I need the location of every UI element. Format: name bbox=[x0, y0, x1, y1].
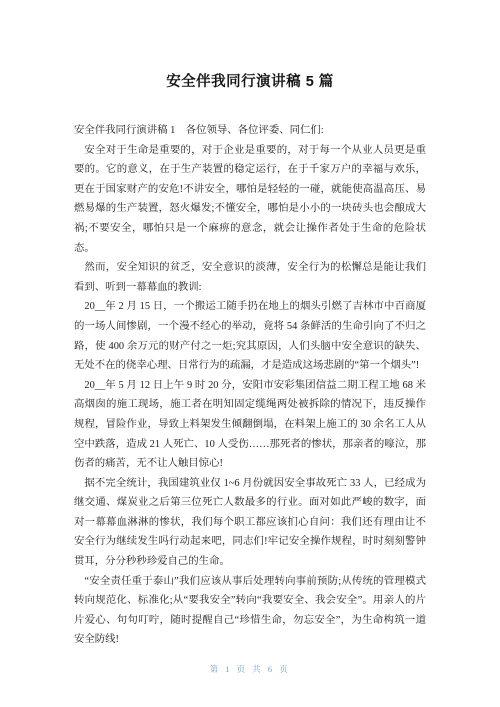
paragraph: 然而，安全知识的贫乏，安全意识的淡薄，安全行为的松懈总是能让我们看到、听到一幕幕… bbox=[74, 258, 426, 297]
paragraph: 20__年 2 月 15 日，一个搬运工随手扔在地上的烟头引燃了吉林市中百商厦的… bbox=[74, 297, 426, 375]
document-body: 安全伴我同行演讲稿 1 各位领导、各位评委、同仁们: 安全对于生命是重要的，对于… bbox=[74, 121, 426, 650]
document-page: 安全伴我同行演讲稿 5 篇 安全伴我同行演讲稿 1 各位领导、各位评委、同仁们:… bbox=[0, 0, 500, 707]
paragraph: 据不完全统计，我国建筑业仅 1~6 月份就因安全事故死亡 33 人，已经成为继交… bbox=[74, 474, 426, 572]
paragraph: “安全责任重于泰山”我们应该从事后处理转向事前预防;从传统的管理模式转向规范化、… bbox=[74, 572, 426, 650]
page-footer: 第 1 页 共 6 页 bbox=[0, 659, 500, 677]
paragraph: 安全对于生命是重要的，对于企业是重要的，对于每一个从业人员更是重要的。它的意义，… bbox=[74, 141, 426, 259]
document-title: 安全伴我同行演讲稿 5 篇 bbox=[0, 73, 500, 92]
page-indicator: 第 1 页 共 6 页 bbox=[210, 664, 291, 674]
paragraph: 20__年 5 月 12 日上午 9 时 20 分，安阳市安彩集团信益二期工程工… bbox=[74, 376, 426, 474]
paragraph-salutation: 安全伴我同行演讲稿 1 各位领导、各位评委、同仁们: bbox=[74, 121, 426, 141]
